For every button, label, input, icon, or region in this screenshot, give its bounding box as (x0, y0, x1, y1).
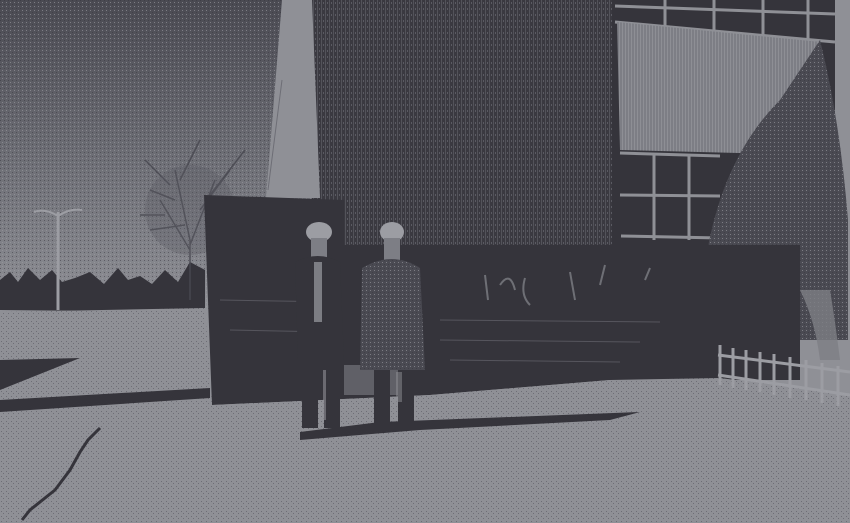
photo-canvas (0, 0, 850, 523)
photo-scene (0, 0, 850, 523)
